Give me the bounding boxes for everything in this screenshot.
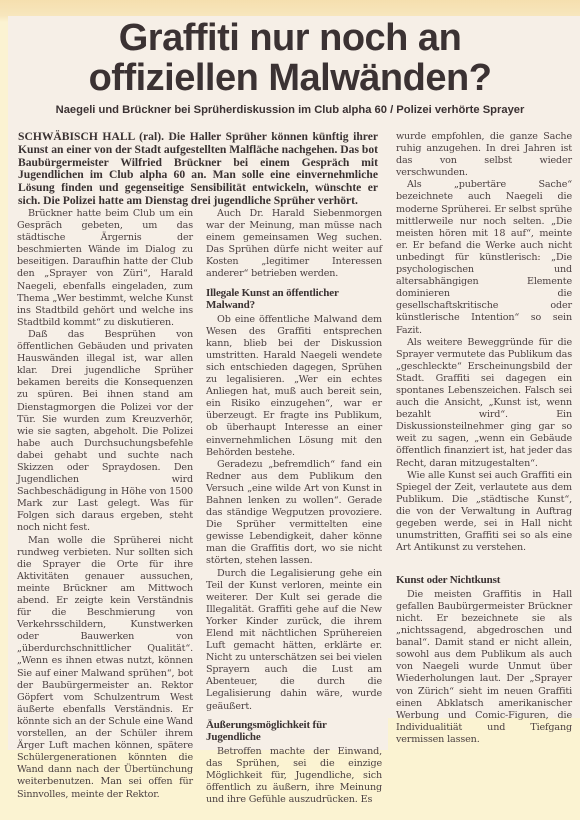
paragraph: Ob eine öffentliche Malwand dem Wesen de… <box>206 314 382 459</box>
article-column-3: wurde empfohlen, die ganze Sache ruhig a… <box>396 131 572 746</box>
article-headline: Graffiti nur noch an offiziellen Malwänd… <box>0 18 580 98</box>
paragraph: Wie alle Kunst sei auch Graffiti ein Spi… <box>396 470 572 555</box>
article-subheadline: Naegeli und Brückner bei Sprüherdiskussi… <box>0 104 580 116</box>
section-heading: Kunst oder Nichtkunst <box>396 574 572 587</box>
headline-line-2: offiziellen Malwänden? <box>0 58 580 98</box>
headline-line-1: Graffiti nur noch an <box>0 18 580 58</box>
paragraph: Betroffen machte der Einwand, das Sprühe… <box>206 746 382 806</box>
paragraph: Als „pubertäre Sache“ bezeichnete auch N… <box>396 179 572 336</box>
paragraph: Geradezu „befremdlich“ fand ein Redner a… <box>206 459 382 568</box>
paragraph: Durch die Legalisierung gehe ein Teil de… <box>206 568 382 713</box>
paragraph: Daß das Besprühen von öffentlichen Gebäu… <box>17 329 193 535</box>
paragraph: Brückner hatte beim Club um ein Gespräch… <box>17 208 193 329</box>
paragraph: Als weitere Beweggründe für die Sprayer … <box>396 337 572 470</box>
paragraph: Auch Dr. Harald Siebenmorgen war der Mei… <box>206 208 382 281</box>
article-lead: SCHWÄBISCH HALL (ral). Die Haller Sprühe… <box>18 131 378 208</box>
section-heading: Illegale Kunst an öffentlicher Malwand? <box>206 287 382 312</box>
paragraph: Man wolle die Sprüherei nicht rundweg ve… <box>17 535 193 801</box>
article-column-1: Brückner hatte beim Club um ein Gespräch… <box>17 208 193 801</box>
section-heading: Äußerungsmöglichkeit für Jugendliche <box>206 719 382 744</box>
paragraph: wurde empfohlen, die ganze Sache ruhig a… <box>396 131 572 179</box>
article-column-2: Auch Dr. Harald Siebenmorgen war der Mei… <box>206 208 382 806</box>
paragraph: Die meisten Graffitis in Hall gefallen B… <box>396 589 572 746</box>
